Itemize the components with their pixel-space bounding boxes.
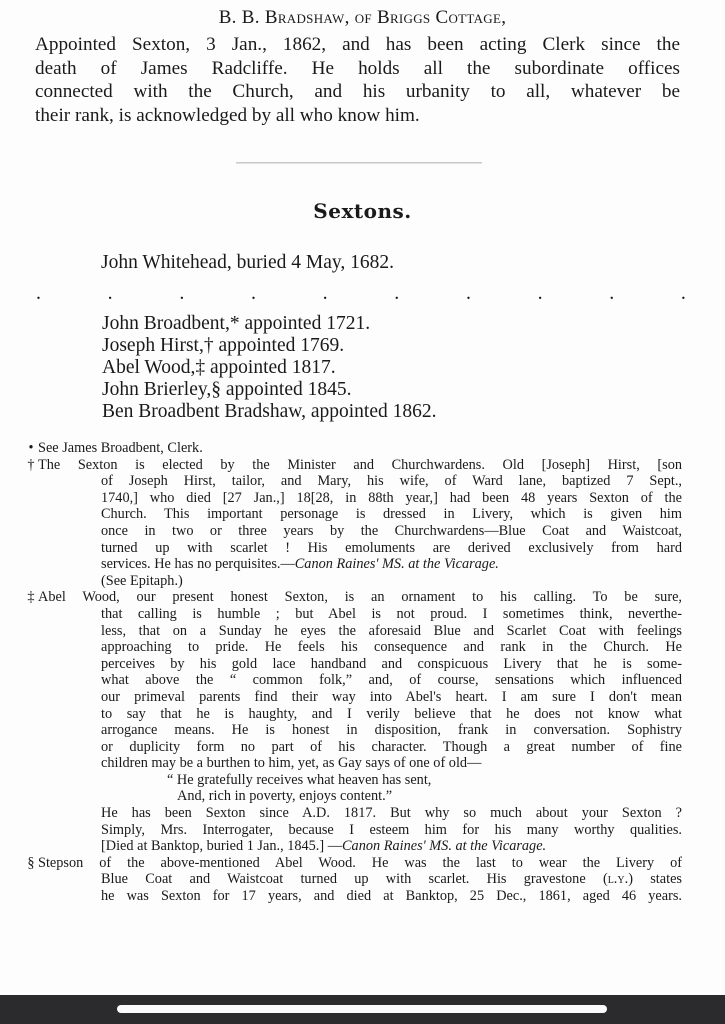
footnote-text: [Died at Banktop, buried 1 Jan., 1845.] … — [101, 838, 342, 854]
sexton-list: John Broadbent,* appointed 1721. Joseph … — [102, 313, 437, 423]
footnote-line: to say that he is haughty, and I verily … — [101, 706, 682, 723]
footnote-line: He has been Sexton since A.D. 1817. But … — [101, 805, 682, 822]
section-title: Sextons. — [0, 199, 725, 223]
intro-line: Appointed Sexton, 3 Jan., 1862, and has … — [35, 33, 680, 57]
footnote-dagger: † The Sexton is elected by the Minister … — [25, 457, 682, 590]
entry-heading: B. B. Bradshaw, of Briggs Cottage, — [0, 6, 725, 30]
ellipsis-dot: . — [251, 283, 256, 303]
footnote-text: ) states — [628, 871, 682, 887]
footnote-line: arrogance means. He is honest in disposi… — [101, 722, 682, 739]
footnote-text: services. He has no perquisites.— — [101, 556, 295, 572]
footnote-marker-dagger: † — [25, 457, 37, 474]
intro-paragraph: Appointed Sexton, 3 Jan., 1862, and has … — [35, 33, 680, 127]
footnote-marker-section: § — [25, 855, 37, 872]
footnote-star: • See James Broadbent, Clerk. — [25, 440, 682, 457]
ellipsis-dot: . — [323, 283, 328, 303]
footnote-section: § Stepson of the above-mentioned Abel Wo… — [25, 855, 682, 905]
ellipsis-dot: . — [394, 283, 399, 303]
intro-line: death of James Radcliffe. He holds all t… — [35, 57, 680, 81]
footnote-line: approaching to pride. He feels his conse… — [101, 639, 682, 656]
footnote-line: 1740,] who died [27 Jan.,] 18[28, in 88t… — [101, 490, 682, 507]
intro-line: connected with the Church, and his urban… — [35, 80, 680, 104]
footnote-line: Blue Coat and Waistcoat turned up with s… — [101, 871, 682, 888]
ellipsis-row: . . . . . . . . . . — [36, 283, 686, 303]
sexton-list-item: Joseph Hirst,† appointed 1769. — [102, 335, 437, 357]
footnote-line: The Sexton is elected by the Minister an… — [38, 457, 682, 474]
footnote-line: perceives by his gold lace handband and … — [101, 656, 682, 673]
footnote-line: See James Broadbent, Clerk. — [38, 440, 682, 457]
home-indicator[interactable] — [117, 1005, 607, 1013]
ellipsis-dot: . — [36, 283, 41, 303]
sexton-list-item: John Broadbent,* appointed 1721. — [102, 313, 437, 335]
footnote-citation: Canon Raines' MS. at the Vicarage. — [295, 556, 499, 572]
ellipsis-dot: . — [179, 283, 184, 303]
ellipsis-dot: . — [609, 283, 614, 303]
footnote-line: or duplicity form no part of his charact… — [101, 739, 682, 756]
system-bottom-bar — [0, 995, 725, 1024]
footnote-line: less, that on a Sunday he eyes the afore… — [101, 623, 682, 640]
footnote-double-dagger: ‡ Abel Wood, our present honest Sexton, … — [25, 589, 682, 855]
footnotes: • See James Broadbent, Clerk. † The Sext… — [25, 440, 682, 905]
ellipsis-dot: . — [466, 283, 471, 303]
intro-line: their rank, is acknowledged by all who k… — [35, 104, 680, 128]
footnote-line: he was Sexton for 17 years, and died at … — [101, 888, 682, 905]
footnote-see-also: (See Epitaph.) — [101, 573, 682, 590]
footnote-text: Blue Coat and Waistcoat turned up with s… — [101, 871, 608, 887]
verse-line: And, rich in poverty, enjoys content.” — [101, 788, 682, 805]
ellipsis-dot: . — [681, 283, 686, 303]
footnote-abbrev: l.y. — [608, 871, 628, 887]
ellipsis-dot: . — [538, 283, 543, 303]
footnote-line: Abel Wood, our present honest Sexton, is… — [38, 589, 682, 606]
footnote-marker-double-dagger: ‡ — [25, 589, 37, 606]
footnote-marker-star: • — [25, 440, 37, 457]
footnote-line: Stepson of the above-mentioned Abel Wood… — [38, 855, 682, 872]
document-page: B. B. Bradshaw, of Briggs Cottage, Appoi… — [0, 0, 725, 995]
section-divider — [236, 162, 482, 164]
verse-line: “ He gratefully receives what heaven has… — [101, 772, 682, 789]
footnote-line: Simply, Mrs. Interrogater, because I est… — [101, 822, 682, 839]
first-sexton-entry: John Whitehead, buried 4 May, 1682. — [101, 251, 394, 275]
footnote-line: once in two or three years by the Church… — [101, 523, 682, 540]
footnote-line: children may be a burthen to him, yet, a… — [101, 755, 682, 772]
sexton-list-item: John Brierley,§ appointed 1845. — [102, 379, 437, 401]
footnote-line: Church. This important personage is dres… — [101, 506, 682, 523]
footnote-line: our primeval parents find their way into… — [101, 689, 682, 706]
footnote-line: what above the “ common folk,” and, of c… — [101, 672, 682, 689]
footnote-line: [Died at Banktop, buried 1 Jan., 1845.] … — [101, 838, 682, 855]
sexton-list-item: Abel Wood,‡ appointed 1817. — [102, 357, 437, 379]
footnote-citation: Canon Raines' MS. at the Vicarage. — [342, 838, 546, 854]
footnote-line: turned up with scarlet ! His emoluments … — [101, 540, 682, 557]
footnote-line: of Joseph Hirst, tailor, and Mary, his w… — [101, 473, 682, 490]
footnote-line: services. He has no perquisites.—Canon R… — [101, 556, 682, 573]
ellipsis-dot: . — [108, 283, 113, 303]
sexton-list-item: Ben Broadbent Bradshaw, appointed 1862. — [102, 401, 437, 423]
footnote-line: that calling is humble ; but Abel is not… — [101, 606, 682, 623]
